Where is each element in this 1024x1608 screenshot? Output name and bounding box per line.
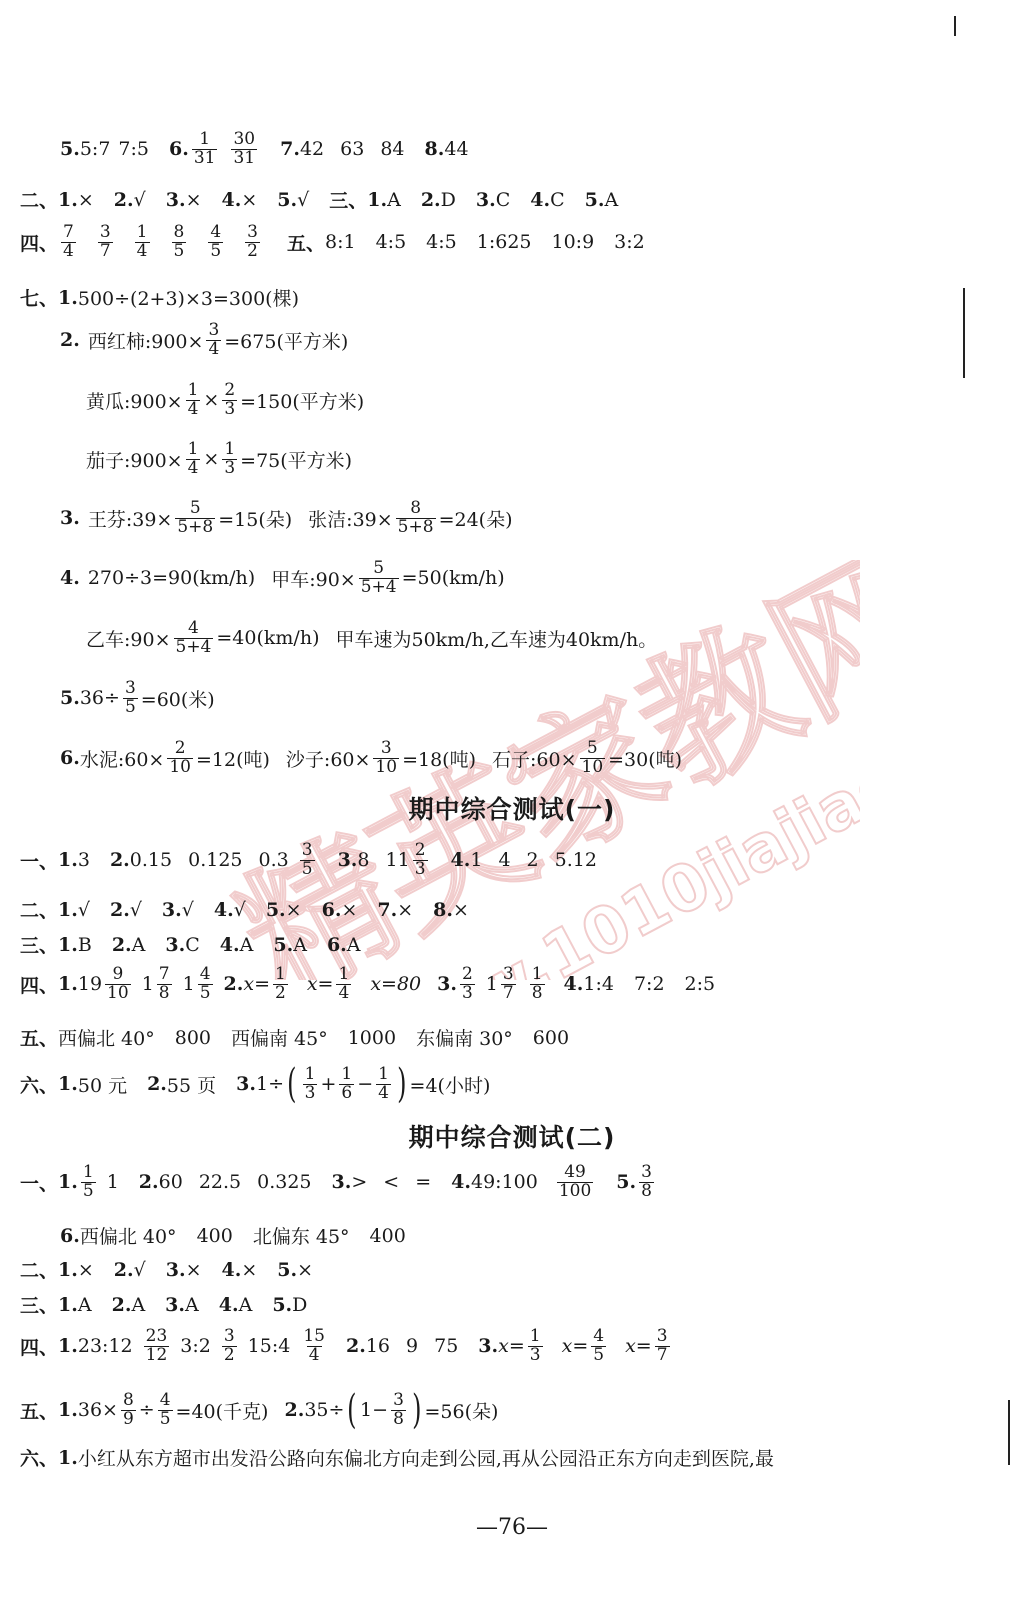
fraction: 74 (61, 224, 76, 261)
section-label: 五、 (287, 229, 325, 256)
scan-edge-mark (963, 288, 965, 378)
answer-choice: D (441, 189, 456, 211)
fraction: 45+4 (174, 620, 214, 657)
section-label: 五、 (20, 1024, 58, 1051)
fraction: 45 (198, 966, 213, 1003)
fraction: 14 (376, 1066, 391, 1103)
question-number: 8. (425, 138, 445, 160)
section-label: 一、 (20, 847, 58, 874)
section-label: 三、 (20, 1291, 58, 1318)
answer-line: 二、 1.√ 2.√ 3.√ 4.√ 5.× 6.× 7.× 8.× (20, 896, 489, 923)
fraction: 210 (167, 740, 193, 777)
fraction: 14 (336, 966, 351, 1003)
question-number: 1. (58, 287, 78, 309)
fraction: 23 (460, 966, 475, 1003)
section-label: 二、 (20, 896, 58, 923)
section-label: 六、 (20, 1071, 58, 1098)
section-label: 三、 (329, 186, 367, 213)
question-number: 7. (280, 138, 300, 160)
fraction: 45 (591, 1328, 606, 1365)
fraction: 310 (373, 740, 399, 777)
fraction: 154 (301, 1328, 327, 1365)
fraction: 38 (639, 1164, 654, 1201)
question-number: 5. (60, 138, 80, 160)
answer-value: 44 (444, 138, 468, 160)
section-title: 期中综合测试(二) (0, 1118, 1024, 1154)
answer-choice: C (496, 189, 511, 211)
answer-line: 6. 水泥:60× 210 =12(吨) 沙子:60× 310 =18(吨) 石… (60, 740, 682, 777)
fraction: 55+8 (175, 500, 215, 537)
fraction: 14 (186, 441, 201, 478)
fraction: 14 (186, 382, 201, 419)
answer-line: 乙车:90× 45+4 =40(km/h) 甲车速为50km/h,乙车速为40k… (86, 620, 657, 657)
fraction: 131 (192, 131, 218, 168)
answer-line: 6. 西偏北 40°400 北偏东 45°400 (60, 1222, 426, 1249)
fraction: 35 (300, 842, 315, 879)
section-label: 四、 (20, 1333, 58, 1360)
fraction: 37 (98, 224, 113, 261)
answer-mark: √ (134, 189, 146, 211)
answer-line: 一、 1.3 2.0.150.1250.3 35 3.811 23 4.1425… (20, 842, 617, 879)
fraction: 45 (158, 1392, 173, 1429)
fraction: 13 (303, 1066, 318, 1103)
section-label: 六、 (20, 1444, 58, 1471)
fraction: 910 (105, 966, 131, 1003)
fraction: 23 (413, 842, 428, 879)
answer-key-page: 精英家教网 www.1010jiajiao.com 5.5:77:5 6. 13… (0, 0, 1024, 1608)
answer-line: 三、 1.B 2.A 3.C 4.A 5.A 6.A (20, 931, 381, 958)
fraction: 49100 (557, 1164, 593, 1201)
answer-value: 84 (380, 138, 404, 160)
fraction: 32 (222, 1328, 237, 1365)
fraction: 89 (121, 1392, 136, 1429)
answer-line: 六、 1.50 元 2.55 页 3.1÷ ( 13 + 16 − 14 ) =… (20, 1064, 490, 1104)
ratio: 3:2 (614, 231, 645, 253)
solution-result: =675(平方米) (224, 327, 348, 354)
section-title: 期中综合测试(一) (0, 790, 1024, 826)
fraction: 37 (501, 966, 516, 1003)
ratio: 10:9 (552, 231, 595, 253)
ratio: 4:5 (426, 231, 457, 253)
solution-conclusion: 甲车速为50km/h,乙车速为40km/h。 (335, 625, 657, 652)
solution-text: 黄瓜:900× (86, 387, 183, 414)
answer-line: 四、 1. 23:12 2312 3:2 32 15:4 154 2.16975… (20, 1328, 673, 1365)
answer-line: 七、 1. 500÷(2+3)×3=300(棵) (20, 284, 299, 311)
question-number: 4. (60, 567, 80, 589)
fraction: 510 (580, 740, 606, 777)
answer-line: 一、 1. 15 1 2.6022.50.325 3.><= 4.49:100 … (20, 1164, 657, 1201)
answer-mark: × (186, 189, 202, 211)
ratio: 8:1 (325, 231, 356, 253)
answer-line: 4. 270÷3=90(km/h) 甲车:90× 55+4 =50(km/h) (60, 560, 505, 597)
fraction: 16 (339, 1066, 354, 1103)
answer-value: 42 (300, 138, 324, 160)
solution-text: 茄子:900× (86, 446, 183, 473)
answer-mark: × (241, 189, 257, 211)
answer-value: 7:5 (118, 138, 149, 160)
fraction: 85 (172, 224, 187, 261)
section-label: 二、 (20, 1256, 58, 1283)
scan-edge-mark (954, 16, 956, 36)
scan-edge-mark (1008, 1400, 1010, 1465)
fraction: 23 (222, 382, 237, 419)
answer-choice: C (550, 189, 565, 211)
answer-line: 二、 1.× 2.√ 3.× 4.× 5.× (20, 1256, 333, 1283)
section-label: 四、 (20, 971, 58, 998)
fraction: 34 (206, 322, 221, 359)
solution-result: =75(平方米) (240, 446, 352, 473)
fraction: 38 (391, 1392, 406, 1429)
fraction: 45 (208, 224, 223, 261)
section-label: 五、 (20, 1397, 58, 1424)
fraction: 2312 (144, 1328, 170, 1365)
answer-value: 63 (340, 138, 364, 160)
solution-text: 西红柿:900× (88, 327, 204, 354)
fraction: 15 (81, 1164, 96, 1201)
section-label: 二、 (20, 186, 58, 213)
fraction: 35 (123, 680, 138, 717)
answer-line: 3. 王芬:39× 55+8 =15(朵) 张洁:39× 85+8 =24(朵) (60, 500, 513, 537)
solution-text: 小红从东方超市出发沿公路向东偏北方向走到公园,再从公园沿正东方向走到医院,最 (78, 1444, 774, 1471)
question-number: 2. (60, 329, 80, 351)
section-label: 一、 (20, 1169, 58, 1196)
question-number: 6. (60, 747, 80, 769)
answer-line: 黄瓜:900× 14 × 23 =150(平方米) (86, 382, 364, 419)
answer-line: 5.5:77:5 6. 131 3031 7.426384 8.44 (60, 131, 489, 168)
fraction: 55+4 (359, 560, 399, 597)
section-label: 三、 (20, 931, 58, 958)
answer-mark: √ (297, 189, 309, 211)
answer-line: 四、 74 37 14 85 45 32 五、 8:1 4:5 4:5 1:62… (20, 224, 665, 261)
answer-line: 2. 西红柿:900× 34 =675(平方米) (60, 322, 348, 359)
answer-choice: A (387, 189, 401, 211)
section-label: 七、 (20, 284, 58, 311)
section-label: 四、 (20, 229, 58, 256)
fraction: 37 (655, 1328, 670, 1365)
ratio: 1:625 (477, 231, 532, 253)
answer-line: 二、 1.× 2.√ 3.× 4.× 5.√ 三、 1.A 2.D 3.C 4.… (20, 186, 638, 213)
answer-line: 五、 1.36× 89 ÷ 45 =40(千克) 2.35÷ (1− 38 )=… (20, 1390, 498, 1430)
page-number: —76— (0, 1515, 1024, 1540)
fraction: 14 (135, 224, 150, 261)
fraction: 3031 (231, 131, 257, 168)
question-number: 6. (169, 138, 189, 160)
solution-text: 500÷(2+3)×3=300(棵) (78, 284, 299, 311)
answer-line: 四、 1. 19910 178 145 2. x=12 x=14 x=80 3.… (20, 966, 735, 1003)
fraction: 12 (273, 966, 288, 1003)
solution-result: =150(平方米) (240, 387, 364, 414)
answer-line: 茄子:900× 14 × 13 =75(平方米) (86, 441, 352, 478)
fraction: 78 (157, 966, 172, 1003)
fraction: 13 (528, 1328, 543, 1365)
answer-line: 5. 36÷ 35 =60(米) (60, 680, 215, 717)
question-number: 5. (60, 687, 80, 709)
answer-line: 五、 西偏北 40°800 西偏南 45°1000 东偏南 30°600 (20, 1024, 589, 1051)
fraction: 13 (222, 441, 237, 478)
answer-line: 三、 1.A 2.A 3.A 4.A 5.D (20, 1291, 327, 1318)
answer-mark: × (78, 189, 94, 211)
fraction: 18 (530, 966, 545, 1003)
answer-value: 5:7 (80, 138, 111, 160)
answer-choice: A (605, 189, 619, 211)
ratio: 4:5 (376, 231, 407, 253)
question-number: 3. (60, 507, 80, 529)
answer-line: 六、 1. 小红从东方超市出发沿公路向东偏北方向走到公园,再从公园沿正东方向走到… (20, 1444, 774, 1471)
fraction: 85+8 (396, 500, 436, 537)
fraction: 32 (245, 224, 260, 261)
